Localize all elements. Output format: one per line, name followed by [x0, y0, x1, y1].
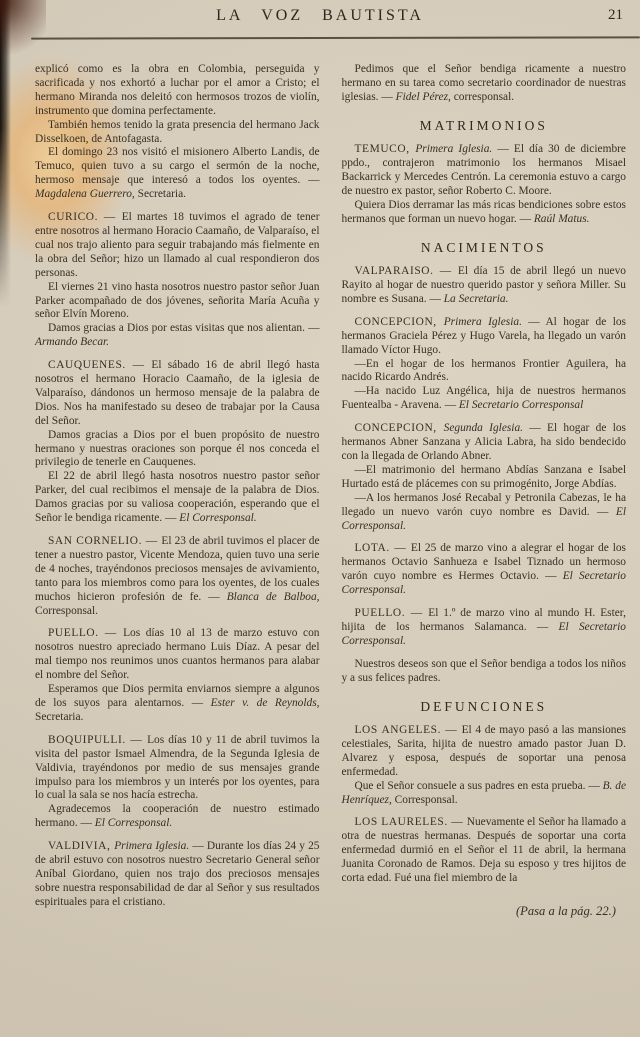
paragraph: PUELLO. — El 1.º de marzo vino al mundo …: [342, 607, 627, 649]
body-text: Agradecemos la cooperación de nuestro es…: [35, 803, 320, 829]
page-number: 21: [608, 7, 623, 24]
body-text: El 22 de abril llegó hasta nosotros nues…: [35, 470, 320, 524]
article-columns: explicó como es la obra en Colombia, per…: [35, 63, 626, 919]
paragraph: —El matrimonio del hermano Abdías Sanzan…: [342, 464, 627, 492]
paragraph: El viernes 21 vino hasta nosotros nuestr…: [35, 281, 320, 323]
continuation-note: (Pasa a la pág. 22.): [342, 904, 627, 919]
body-text: Secretaria.: [135, 188, 186, 200]
body-text: Nuestros deseos son que el Señor bendiga…: [342, 658, 627, 684]
paragraph: PUELLO. — Los días 10 al 13 de marzo est…: [35, 627, 320, 683]
paragraph: BOQUIPULLI. — Los días 10 y 11 de abril …: [35, 734, 320, 804]
paragraph: VALPARAISO. — El día 15 de abril llegó u…: [342, 265, 627, 307]
locality-label: LOS ANGELES. —: [355, 724, 462, 736]
body-text: —El matrimonio del hermano Abdías Sanzan…: [342, 464, 627, 490]
locality-label: VALPARAISO. —: [355, 265, 458, 277]
locality-label: PUELLO. —: [355, 607, 429, 619]
signature-text: Primera Iglesia.: [415, 143, 492, 155]
right-column: Pedimos que el Señor bendiga ricamente a…: [342, 63, 627, 919]
paragraph: —Ha nacido Luz Angélica, hija de nuestro…: [342, 385, 627, 413]
locality-label: CONCEPCION,: [355, 422, 444, 434]
paragraph: El 22 de abril llegó hasta nosotros nues…: [35, 470, 320, 526]
locality-label: CONCEPCION,: [355, 316, 444, 328]
body-text: —A los hermanos José Recabal y Petronila…: [342, 492, 627, 518]
signature-text: Armando Becar.: [35, 336, 109, 348]
paragraph: CURICO. — El martes 18 tuvimos el agrado…: [35, 211, 320, 281]
signature-text: Raúl Matus.: [534, 213, 590, 225]
locality-label: CURICO. —: [48, 211, 122, 223]
locality-label: CAUQUENES. —: [48, 359, 151, 371]
paragraph: LOTA. — El 25 de marzo vino a alegrar el…: [342, 542, 627, 598]
paragraph: Damos gracias a Dios por estas visitas q…: [35, 322, 320, 350]
locality-label: VALDIVIA,: [48, 840, 114, 852]
locality-label: BOQUIPULLI. —: [48, 734, 147, 746]
paragraph: CONCEPCION, Segunda Iglesia. — El hogar …: [342, 422, 627, 464]
page-title: LA VOZ BAUTISTA: [0, 7, 640, 25]
body-text: Secretaria.: [35, 711, 83, 723]
locality-label: LOS LAURELES. —: [355, 816, 467, 828]
paragraph: Agradecemos la cooperación de nuestro es…: [35, 803, 320, 831]
locality-label: TEMUCO,: [355, 143, 416, 155]
paragraph: El domingo 23 nos visitó el misionero Al…: [35, 146, 320, 202]
signature-text: El Secretario Corresponsal: [459, 399, 583, 411]
body-text: Corresponsal.: [35, 605, 98, 617]
header-rule: [31, 36, 640, 39]
section-heading: NACIMIENTOS: [342, 240, 627, 256]
body-text: Que el Señor consuele a sus padres en es…: [355, 780, 603, 792]
paragraph: Quiera Dios derramar las más ricas bendi…: [342, 199, 627, 227]
signature-text: El Corresponsal.: [95, 817, 172, 829]
body-text: Corresponsal.: [392, 794, 458, 806]
binding-shadow: [0, 0, 11, 320]
body-text: Damos gracias a Dios por el buen propósi…: [35, 429, 320, 469]
paragraph: También hemos tenido la grata presencia …: [35, 119, 320, 147]
locality-label: SAN CORNELIO. —: [48, 535, 161, 547]
body-text: Damos gracias a Dios por estas visitas q…: [48, 322, 320, 334]
signature-text: Ester v. de Reynolds,: [211, 697, 320, 709]
signature-text: La Secretaria.: [444, 293, 509, 305]
section-heading: DEFUNCIONES: [342, 699, 627, 715]
body-text: explicó como es la obra en Colombia, per…: [35, 63, 320, 117]
paragraph: TEMUCO, Primera Iglesia. — El día 30 de …: [342, 143, 627, 199]
paragraph: Damos gracias a Dios por el buen propósi…: [35, 429, 320, 471]
signature-text: El Corresponsal.: [179, 512, 256, 524]
signature-text: Blanca de Balboa,: [227, 591, 320, 603]
paragraph: CONCEPCION, Primera Iglesia. — Al hogar …: [342, 316, 627, 358]
paragraph: VALDIVIA, Primera Iglesia. — Durante los…: [35, 840, 320, 910]
locality-label: PUELLO. —: [48, 627, 123, 639]
paragraph: explicó como es la obra en Colombia, per…: [35, 63, 320, 119]
locality-label: LOTA. —: [355, 542, 411, 554]
body-text: —En el hogar de los hermanos Frontier Ag…: [342, 358, 627, 384]
signature-text: Fidel Pérez,: [396, 91, 451, 103]
body-text: corresponsal.: [451, 91, 514, 103]
section-heading: MATRIMONIOS: [342, 118, 627, 134]
signature-text: Primera Iglesia.: [444, 316, 522, 328]
signature-text: Segunda Iglesia.: [444, 422, 523, 434]
paragraph: Esperamos que Dios permita enviarnos sie…: [35, 683, 320, 725]
paragraph: LOS LAURELES. — Nuevamente el Señor ha l…: [342, 816, 627, 886]
signature-text: Primera Iglesia.: [114, 840, 189, 852]
body-text: El viernes 21 vino hasta nosotros nuestr…: [35, 281, 320, 321]
paragraph: Pedimos que el Señor bendiga ricamente a…: [342, 63, 627, 105]
paragraph: Que el Señor consuele a sus padres en es…: [342, 780, 627, 808]
paragraph: CAUQUENES. — El sábado 16 de abril llegó…: [35, 359, 320, 429]
paragraph: —En el hogar de los hermanos Frontier Ag…: [342, 358, 627, 386]
paragraph: SAN CORNELIO. — El 23 de abril tuvimos e…: [35, 535, 320, 618]
paragraph: LOS ANGELES. — El 4 de mayo pasó a las m…: [342, 724, 627, 780]
paragraph: —A los hermanos José Recabal y Petronila…: [342, 492, 627, 534]
left-column: explicó como es la obra en Colombia, per…: [35, 63, 320, 919]
body-text: También hemos tenido la grata presencia …: [35, 119, 320, 145]
page-header: LA VOZ BAUTISTA 21: [0, 0, 640, 40]
signature-text: Magdalena Guerrero,: [35, 188, 135, 200]
body-text: El domingo 23 nos visitó el misionero Al…: [35, 146, 320, 186]
scanned-magazine-page: { "page": { "title": "LA VOZ BAUTISTA", …: [0, 0, 640, 1037]
paragraph: Nuestros deseos son que el Señor bendiga…: [342, 658, 627, 686]
